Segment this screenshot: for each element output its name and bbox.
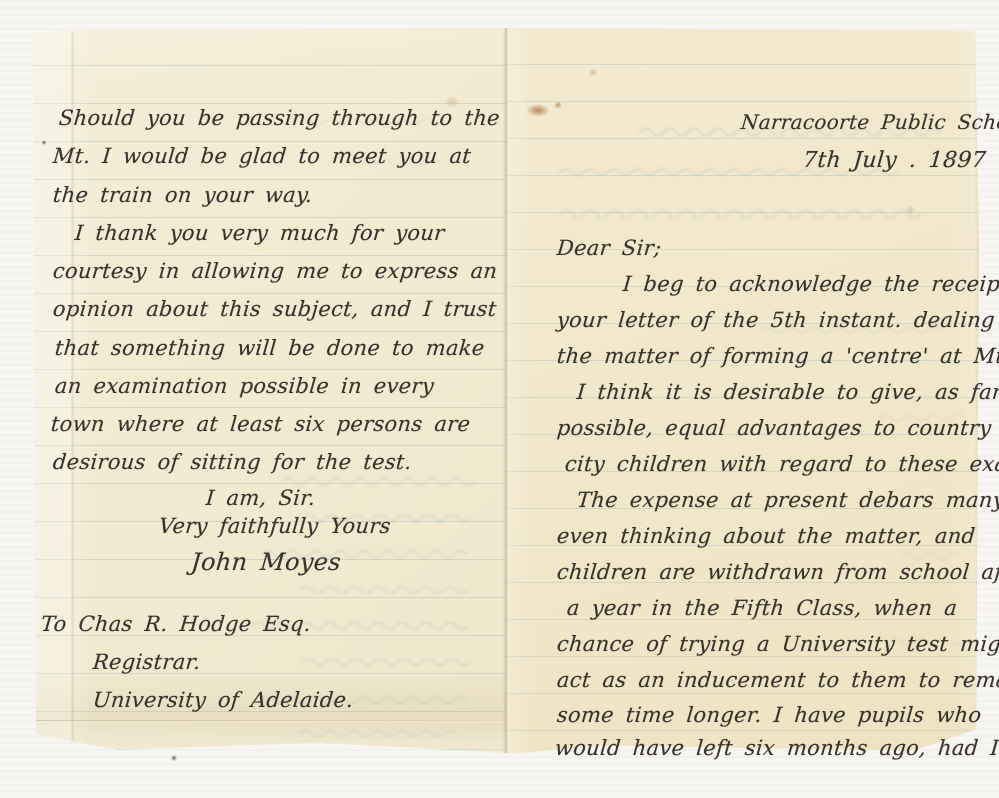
- letterhead: Narracoorte Public School.: [740, 110, 999, 134]
- handwriting-line: your letter of the 5th instant. dealing …: [556, 308, 999, 332]
- handwriting-line: that something will be done to make: [54, 336, 486, 360]
- handwriting-line: children are withdrawn from school after: [556, 560, 999, 584]
- center-fold-crease: [503, 28, 510, 755]
- handwriting-line: Should you be passing through to the: [58, 106, 501, 130]
- handwriting-line: desirous of sitting for the test.: [52, 450, 413, 474]
- handwriting-line: an examination possible in every: [54, 374, 435, 398]
- handwriting-line: The expense at present debars many from: [576, 488, 999, 512]
- address-line: University of Adelaide.: [92, 688, 354, 712]
- scanned-letter-canvas: { "letter": { "left_page": { "para1": [ …: [0, 0, 999, 798]
- handwriting-line: act as an inducement to them to remain: [556, 668, 999, 692]
- handwriting-line: possible, equal advantages to country an…: [556, 416, 999, 440]
- valediction-line: Very faithfully Yours: [158, 514, 392, 538]
- handwriting-line: even thinking about the matter, and: [556, 524, 976, 548]
- handwriting-line: the train on your way.: [52, 183, 314, 207]
- handwriting-line: I beg to acknowledge the receipt of: [622, 272, 999, 296]
- bottom-fold-crease: [33, 720, 503, 721]
- valediction-line: I am, Sir.: [205, 486, 316, 510]
- address-line: To Chas R. Hodge Esq.: [40, 612, 312, 636]
- handwriting-line: I thank you very much for your: [74, 221, 446, 245]
- handwriting-line: courtesy in allowing me to express an: [52, 259, 498, 283]
- handwriting-line: opinion about this subject, and I trust: [52, 297, 498, 321]
- handwriting-line: the matter of forming a 'centre' at Mt. …: [556, 344, 999, 368]
- handwriting-line: I think it is desirable to give, as far …: [576, 380, 999, 404]
- ink-speck: [171, 755, 177, 761]
- handwriting-line: city children with regard to these exami…: [564, 452, 999, 476]
- address-line: Registrar.: [92, 650, 202, 674]
- date-line: 7th July . 1897: [802, 148, 987, 173]
- handwriting-line: town where at least six persons are: [50, 412, 471, 436]
- handwriting-line: some time longer. I have pupils who: [556, 703, 982, 727]
- handwriting-line: would have left six months ago, had I: [554, 736, 999, 760]
- signature: John Moyes: [190, 548, 342, 576]
- salutation: Dear Sir;: [556, 236, 663, 260]
- handwriting-line: chance of trying a University test might: [556, 632, 999, 656]
- handwriting-line: a year in the Fifth Class, when a: [566, 596, 958, 620]
- handwriting-line: Mt. I would be glad to meet you at: [52, 144, 472, 168]
